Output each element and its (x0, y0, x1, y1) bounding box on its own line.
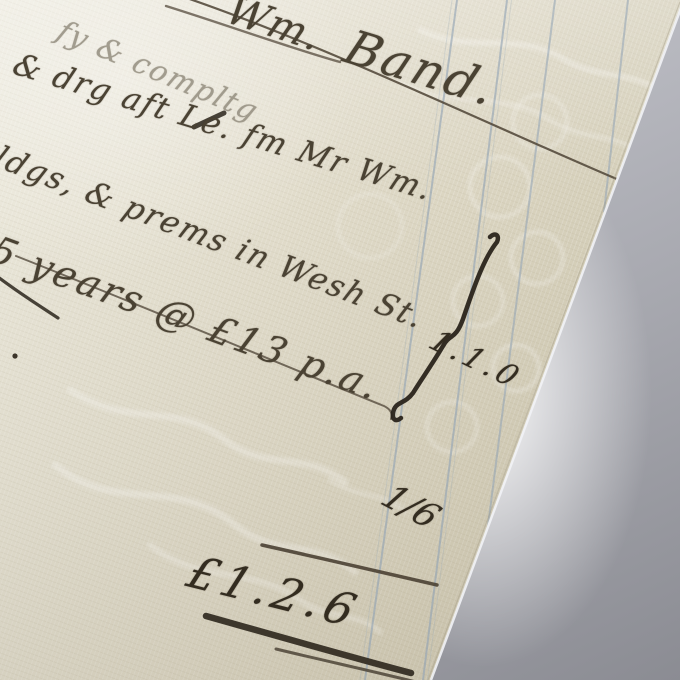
photo-of-ledger-page: Wm. Band. fy & compltg r, & drg aft Le. … (0, 0, 680, 680)
